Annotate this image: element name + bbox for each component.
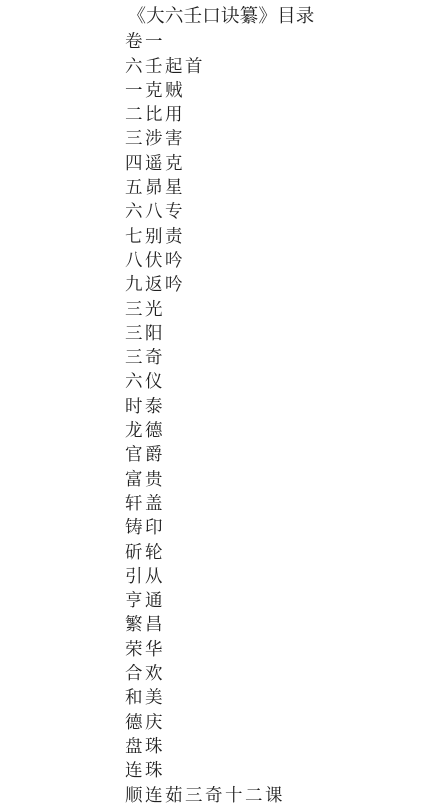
toc-item: 顺连茹三奇十二课 xyxy=(125,783,442,807)
toc-item: 六八专 xyxy=(125,199,442,223)
toc-item: 卷一 xyxy=(125,29,442,53)
toc-item: 三奇 xyxy=(125,345,442,369)
toc-item: 九返吟 xyxy=(125,272,442,296)
toc-item: 二比用 xyxy=(125,102,442,126)
toc-item: 盘珠 xyxy=(125,734,442,758)
toc-item: 连珠 xyxy=(125,758,442,782)
toc-item: 合欢 xyxy=(125,661,442,685)
toc-item: 轩盖 xyxy=(125,491,442,515)
page-title: 《大六壬口诀纂》目录 xyxy=(0,5,442,29)
toc-item: 六仪 xyxy=(125,369,442,393)
toc-item: 德庆 xyxy=(125,710,442,734)
toc-item: 繁昌 xyxy=(125,612,442,636)
toc-item: 富贵 xyxy=(125,467,442,491)
toc-item: 五昴星 xyxy=(125,175,442,199)
toc-item: 官爵 xyxy=(125,442,442,466)
toc-item: 四遥克 xyxy=(125,151,442,175)
toc-item: 时泰 xyxy=(125,394,442,418)
toc-item: 引从 xyxy=(125,564,442,588)
toc-item: 七别责 xyxy=(125,224,442,248)
toc-item: 一克贼 xyxy=(125,78,442,102)
toc-item: 三涉害 xyxy=(125,126,442,150)
toc-item: 亨通 xyxy=(125,588,442,612)
toc-list: 卷一六壬起首一克贼二比用三涉害四遥克五昴星六八专七别责八伏吟九返吟三光三阳三奇六… xyxy=(125,29,442,807)
toc-item: 荣华 xyxy=(125,637,442,661)
toc-item: 龙德 xyxy=(125,418,442,442)
document-page: 《大六壬口诀纂》目录 卷一六壬起首一克贼二比用三涉害四遥克五昴星六八专七别责八伏… xyxy=(0,0,442,811)
toc-item: 八伏吟 xyxy=(125,248,442,272)
toc-item: 斫轮 xyxy=(125,540,442,564)
toc-item: 六壬起首 xyxy=(125,54,442,78)
toc-item: 三光 xyxy=(125,297,442,321)
toc-item: 三阳 xyxy=(125,321,442,345)
toc-item: 铸印 xyxy=(125,515,442,539)
toc-item: 和美 xyxy=(125,685,442,709)
